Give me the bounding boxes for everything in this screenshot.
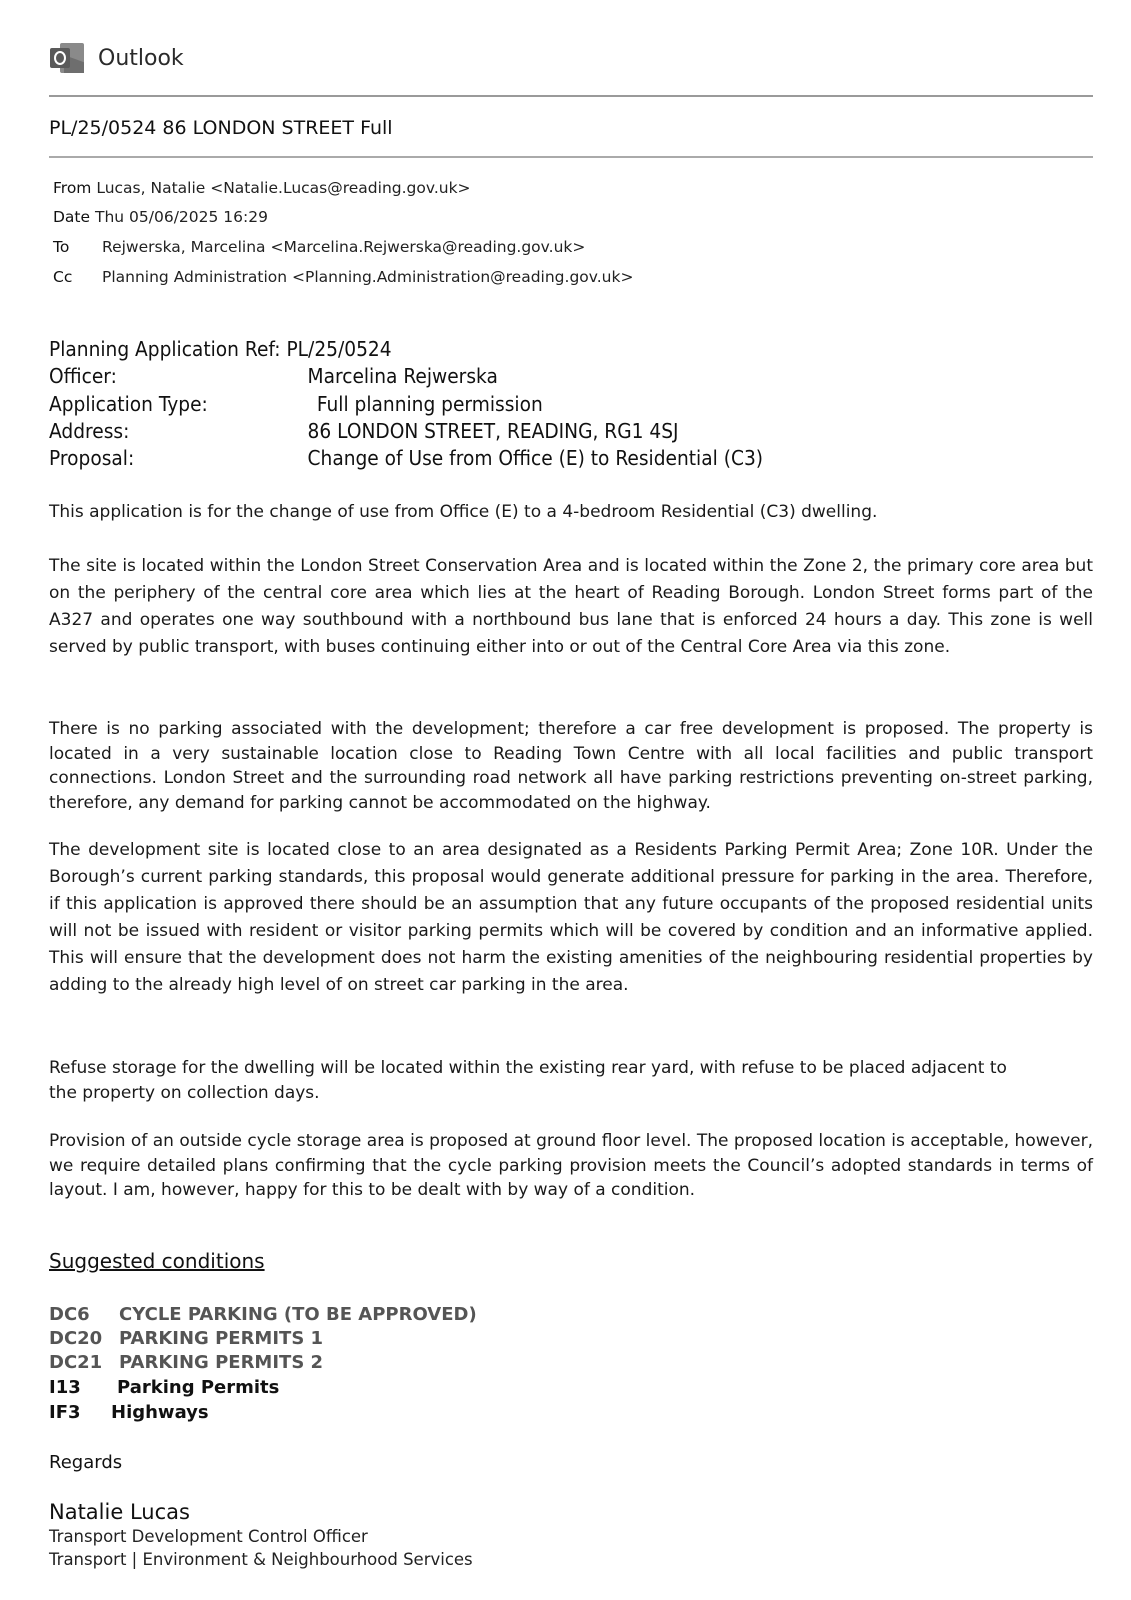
condition-item: DC20PARKING PERMITS 1 <box>49 1328 323 1349</box>
app-header: Outlook <box>50 38 184 78</box>
app-name: Outlook <box>98 46 184 71</box>
from-label: From <box>53 179 91 197</box>
outlook-logo-icon <box>50 41 84 75</box>
condition-item: I13Parking Permits <box>49 1377 279 1398</box>
ref-row: Planning Application Ref: PL/25/0524 <box>49 337 392 361</box>
to-label: To <box>53 238 102 256</box>
from-row: From Lucas, Natalie <Natalie.Lucas@readi… <box>53 179 471 197</box>
body-paragraph: Refuse storage for the dwelling will be … <box>49 1056 1029 1105</box>
signature-department: Transport | Environment & Neighbourhood … <box>49 1550 473 1569</box>
type-row: Application Type: Full planning permissi… <box>49 392 886 416</box>
date-value: Thu 05/06/2025 16:29 <box>95 208 268 226</box>
officer-label: Officer: <box>49 364 117 388</box>
body-paragraph: The development site is located close to… <box>49 837 1093 999</box>
divider <box>49 95 1093 97</box>
condition-title: CYCLE PARKING (TO BE APPROVED) <box>119 1304 477 1325</box>
officer-value: Marcelina Rejwerska <box>308 364 498 388</box>
condition-code: IF3 <box>49 1402 111 1423</box>
to-row: ToRejwerska, Marcelina <Marcelina.Rejwer… <box>53 238 585 256</box>
cc-label: Cc <box>53 268 102 286</box>
condition-code: DC20 <box>49 1328 119 1349</box>
body-paragraph: This application is for the change of us… <box>49 499 1093 526</box>
address-value: 86 LONDON STREET, READING, RG1 4SJ <box>308 419 679 443</box>
to-value[interactable]: Rejwerska, Marcelina <Marcelina.Rejwersk… <box>102 238 585 256</box>
from-value[interactable]: Lucas, Natalie <Natalie.Lucas@reading.go… <box>96 179 470 197</box>
officer-row: Officer: Marcelina Rejwerska <box>49 364 886 388</box>
signature-name: Natalie Lucas <box>49 1500 190 1524</box>
condition-title: PARKING PERMITS 1 <box>119 1328 323 1349</box>
address-label: Address: <box>49 419 129 443</box>
body-paragraph: There is no parking associated with the … <box>49 717 1093 815</box>
email-subject: PL/25/0524 86 LONDON STREET Full <box>49 117 393 139</box>
proposal-row: Proposal: Change of Use from Office (E) … <box>49 446 886 470</box>
proposal-label: Proposal: <box>49 446 134 470</box>
body-paragraph: The site is located within the London St… <box>49 553 1093 661</box>
date-row: Date Thu 05/06/2025 16:29 <box>53 208 268 226</box>
condition-title: Highways <box>111 1402 209 1423</box>
ref-value: PL/25/0524 <box>286 337 391 361</box>
ref-label: Planning Application Ref: <box>49 337 281 361</box>
signature-title: Transport Development Control Officer <box>49 1527 368 1546</box>
type-label: Application Type: <box>49 392 208 416</box>
condition-title: PARKING PERMITS 2 <box>119 1352 323 1373</box>
condition-code: DC6 <box>49 1304 119 1325</box>
proposal-value: Change of Use from Office (E) to Residen… <box>308 446 763 470</box>
condition-item: DC6CYCLE PARKING (TO BE APPROVED) <box>49 1304 477 1325</box>
condition-title: Parking Permits <box>117 1377 279 1398</box>
cc-value[interactable]: Planning Administration <Planning.Admini… <box>102 268 633 286</box>
date-label: Date <box>53 208 90 226</box>
address-row: Address: 86 LONDON STREET, READING, RG1 … <box>49 419 886 443</box>
condition-item: IF3Highways <box>49 1402 209 1423</box>
condition-code: I13 <box>49 1377 117 1398</box>
divider <box>49 156 1093 158</box>
type-value: Full planning permission <box>317 392 543 416</box>
sign-off: Regards <box>49 1452 122 1473</box>
condition-item: DC21PARKING PERMITS 2 <box>49 1352 323 1373</box>
body-paragraph: Provision of an outside cycle storage ar… <box>49 1129 1093 1203</box>
conditions-heading: Suggested conditions <box>49 1249 265 1273</box>
cc-row: CcPlanning Administration <Planning.Admi… <box>53 268 633 286</box>
condition-code: DC21 <box>49 1352 119 1373</box>
